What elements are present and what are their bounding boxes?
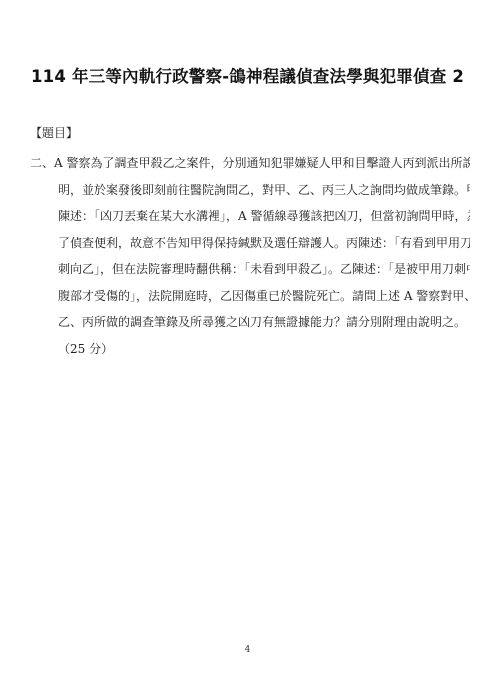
question-block: 二、A 警察為了調查甲殺乙之案件，分別通知犯罪嫌疑人甲和目擊證人丙到派出所說 明…: [30, 150, 470, 362]
question-line: 明，並於案發後即刻前往醫院詢問乙，對甲、乙、丙三人之詢問均做成筆錄。甲: [30, 177, 470, 204]
question-line: 陳述：「凶刀丟棄在某大水溝裡」，A 警循線尋獲該把凶刀，但當初詢問甲時，為: [30, 203, 470, 230]
question-score: （25 分）: [30, 336, 470, 363]
page-number: 4: [0, 645, 495, 655]
section-label: 【題目】: [30, 124, 78, 141]
question-line: 二、A 警察為了調查甲殺乙之案件，分別通知犯罪嫌疑人甲和目擊證人丙到派出所說: [30, 150, 470, 177]
question-line: 乙、丙所做的調查筆錄及所尋獲之凶刀有無證據能力？請分別附理由說明之。: [30, 309, 470, 336]
page-title: 114 年三等內軌行政警察-鴿神程議偵查法學與犯罪偵查 2: [0, 63, 495, 87]
question-line: 刺向乙」，但在法院審理時翻供稱：「未看到甲殺乙」。乙陳述：「是被甲用刀刺中: [30, 256, 470, 283]
question-line: 腹部才受傷的」，法院開庭時，乙因傷重已於醫院死亡。請問上述 A 警察對甲、: [30, 283, 470, 310]
question-line: 了偵查便利，故意不告知甲得保持緘默及選任辯護人。丙陳述：「有看到甲用刀: [30, 230, 470, 257]
